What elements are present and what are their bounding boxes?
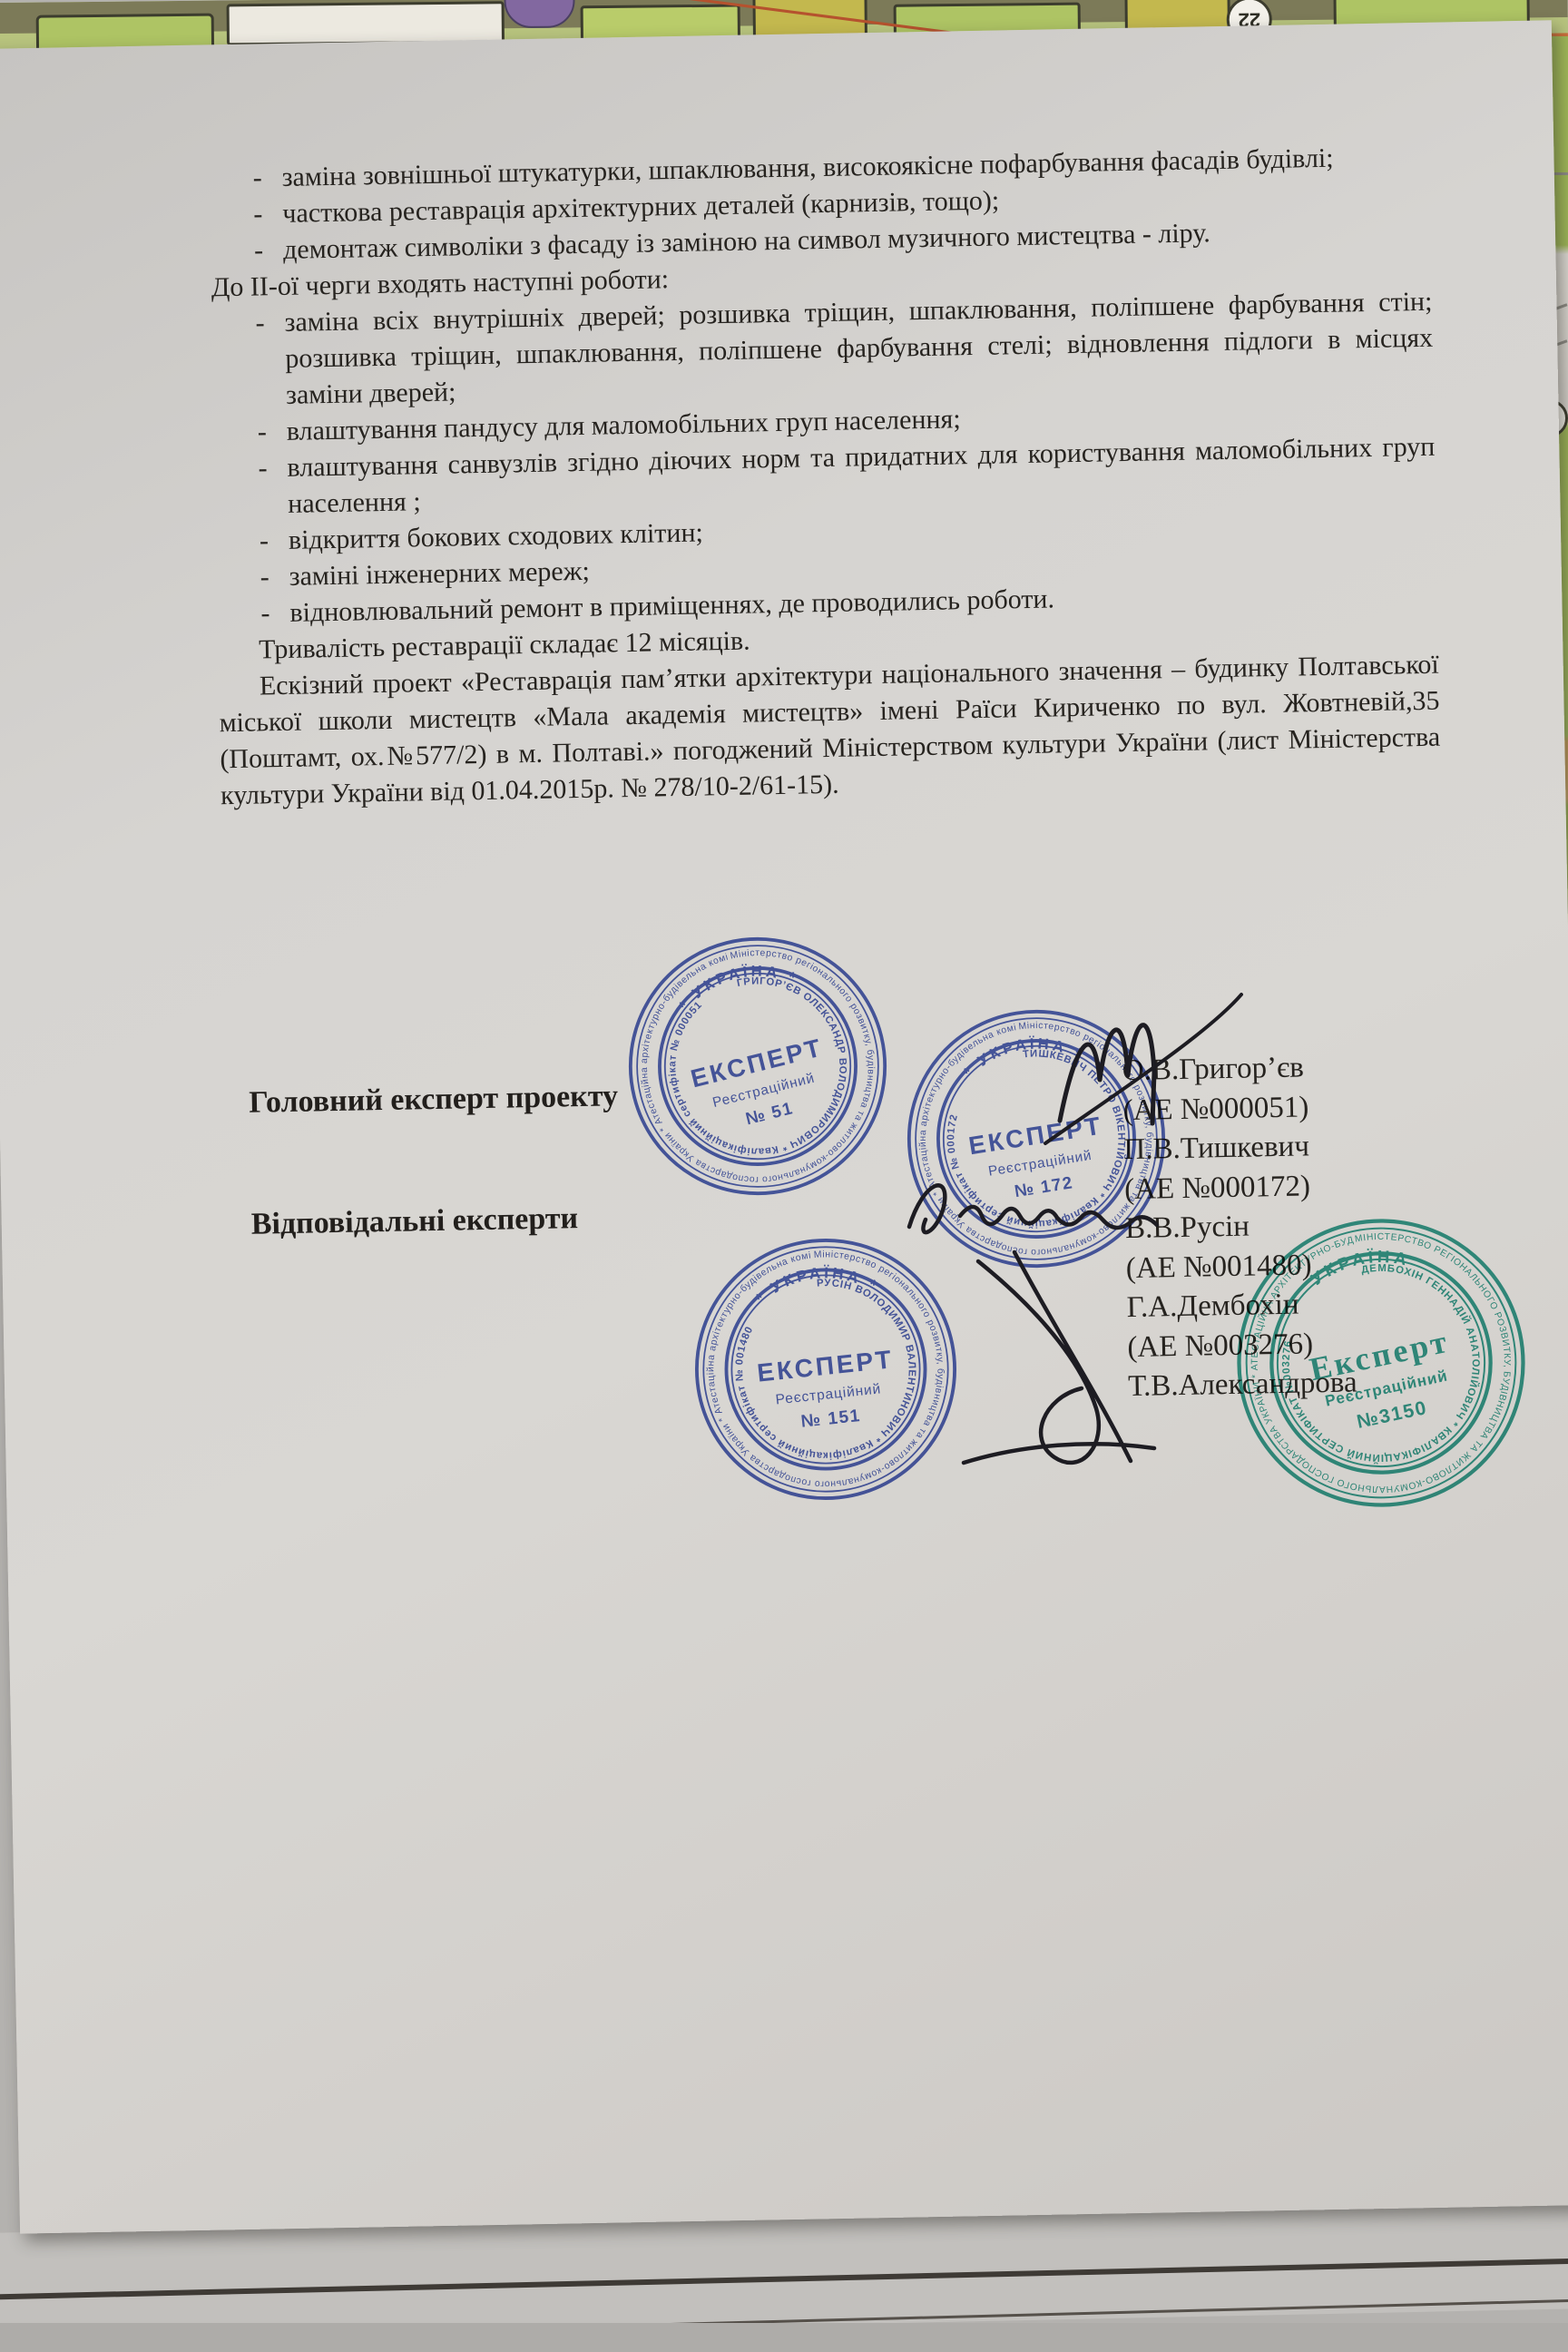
list-item-text: заміна всіх внутрішніх дверей; розшивка … [284,284,1434,414]
approval-paragraph: Ескізний проект «Реставрація пам’ятки ар… [219,647,1442,815]
photo-canvas: 22 6 - заміна зовнішньої штукатурки, шпа… [0,0,1568,2352]
table-surface [0,2323,1568,2352]
list-item: - заміна всіх внутрішніх дверей; розшивк… [255,284,1434,415]
bullet-marker: - [255,305,286,415]
chief-expert-label: Головний експерт проекту [249,1079,618,1120]
bullet-marker: - [252,160,282,197]
stamp-number: № 151 [800,1406,862,1432]
bullet-marker: - [258,450,288,524]
stamp-expert-151: Міністерство регіонального розвитку, буд… [678,1221,973,1516]
bullet-marker: - [253,196,283,233]
bullet-marker: - [260,523,289,560]
responsible-experts-label: Відповідальні експерти [250,1201,578,1242]
stamp-number: № 172 [1014,1173,1075,1201]
bullet-marker: - [260,595,290,632]
document-body: - заміна зовнішньої штукатурки, шпаклюва… [209,139,1441,815]
svg-text:УКРАЇНА: УКРАЇНА [1305,1239,1416,1290]
bullet-marker: - [260,559,289,596]
bullet-marker: - [257,414,287,451]
stamp-title: ЕКСПЕРТ [756,1345,895,1387]
map-parcel [227,1,505,45]
stamp-number: №3150 [1355,1397,1429,1433]
bullet-marker: - [254,232,284,269]
stamp-expert-3150: МІНІСТЕРСТВО РЕГІОНАЛЬНОГО РОЗВИТКУ, БУД… [1206,1188,1557,1539]
stamp-number: № 51 [744,1099,796,1129]
stamp-country-text: УКРАЇНА [1305,1239,1416,1290]
stamp-reg-word: Реєстраційний [775,1381,882,1407]
